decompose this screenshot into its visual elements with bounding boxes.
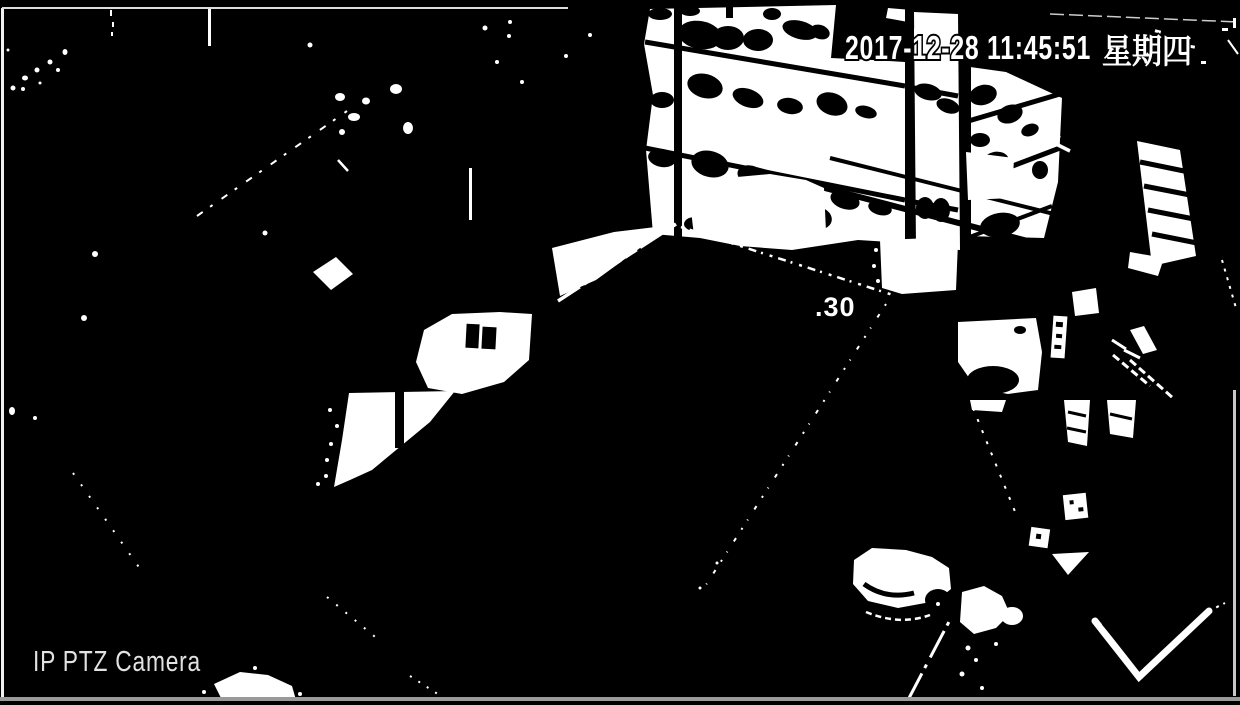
- left-border-line: [1, 8, 4, 698]
- bottom-border-line: [0, 697, 1240, 701]
- osd-timestamp-datetime: 2017-12-28 11:45:51: [845, 29, 1091, 66]
- reference-number-label: .30: [815, 292, 856, 322]
- osd-camera-name: IP PTZ Camera: [33, 646, 201, 678]
- right-border-line: [1233, 390, 1236, 696]
- scene-svg: 2017-12-28 11:45:51 星期四 .30 IP PTZ Camer…: [0, 0, 1240, 705]
- camera-frame: 2017-12-28 11:45:51 星期四 .30 IP PTZ Camer…: [0, 0, 1240, 705]
- top-border-line: [2, 7, 568, 9]
- osd-timestamp-weekday: 星期四: [1102, 33, 1192, 71]
